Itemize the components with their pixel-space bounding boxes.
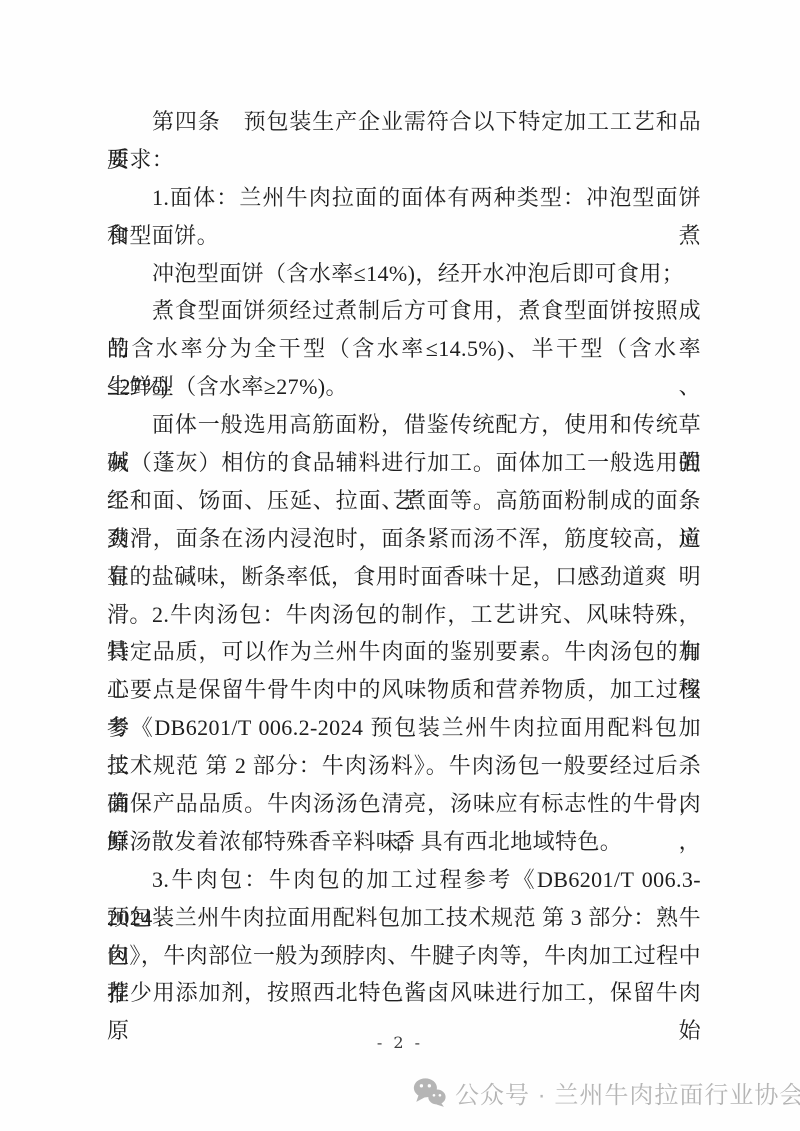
watermark: 公众号 · 兰州牛肉拉面行业协会 <box>413 1074 800 1110</box>
document-line: 碱（蓬灰）相仿的食品辅料进行加工。面体加工一般选用的工艺： <box>107 444 701 482</box>
document-line: 显的盐碱味，断条率低，食用时面香味十足，口感劲道爽滑。 <box>107 558 701 596</box>
document-line: 2.牛肉汤包：牛肉汤包的制作，工艺讲究、风味特殊，具有 <box>107 596 701 634</box>
document-line: 要求： <box>107 141 701 179</box>
document-line: 包》，牛肉部位一般为颈脖肉、牛腱子肉等，牛肉加工过程中推 <box>107 937 701 975</box>
document-line: 1.面体：兰州牛肉拉面的面体有两种类型：冲泡型面饼和煮 <box>107 179 701 217</box>
wechat-icon <box>413 1077 446 1107</box>
document-body: 第四条 预包装生产企业需符合以下特定加工工艺和品质要求：1.面体：兰州牛肉拉面的… <box>107 103 701 1012</box>
page-number: - 2 - <box>0 1033 800 1052</box>
document-line: 心要点是保留牛骨牛肉中的风味物质和营养物质，加工过程参 <box>107 671 701 709</box>
document-line: 考《DB6201/T 006.2-2024 预包装兰州牛肉拉面用配料包加工 <box>107 709 701 747</box>
document-line: 预包装兰州牛肉拉面用配料包加工技术规范 第 3 部分：熟牛肉 <box>107 899 701 937</box>
document-line: 面体一般选用高筋面粉，借鉴传统配方，使用和传统草灰强 <box>107 406 701 444</box>
document-line: 爽滑，面条在汤内浸泡时，面条紧而汤不浑，筋度较高，应有明 <box>107 520 701 558</box>
document-line: 技术规范 第 2 部分：牛肉汤料》。牛肉汤包一般要经过后杀菌， <box>107 747 701 785</box>
document-line: 荐少用添加剂，按照西北特色酱卤风味进行加工，保留牛肉原始 <box>107 974 701 1012</box>
document-line: 特定品质，可以作为兰州牛肉面的鉴别要素。牛肉汤包的加工核 <box>107 633 701 671</box>
document-line: 的含水率分为全干型（含水率≤14.5%)、半干型（含水率≤27%)、 <box>107 330 701 368</box>
document-line: 3.牛肉包：牛肉包的加工过程参考《DB6201/T 006.3-2024 <box>107 861 701 899</box>
document-line: 冲泡型面饼（含水率≤14%)，经开水冲泡后即可食用； <box>107 255 701 293</box>
document-line: 原汤散发着浓郁特殊香辛料味，具有西北地域特色。 <box>107 823 701 861</box>
document-line: 经和面、饧面、压延、拉面、煮面等。高筋面粉制成的面条劲道 <box>107 482 701 520</box>
document-page: 第四条 预包装生产企业需符合以下特定加工工艺和品质要求：1.面体：兰州牛肉拉面的… <box>0 0 800 1131</box>
document-line: 煮食型面饼须经过煮制后方可食用，煮食型面饼按照成品 <box>107 292 701 330</box>
watermark-text: 公众号 · 兰州牛肉拉面行业协会 <box>455 1075 800 1110</box>
document-line: 确保产品品质。牛肉汤汤色清亮，汤味应有标志性的牛骨肉鲜香， <box>107 785 701 823</box>
document-line: 第四条 预包装生产企业需符合以下特定加工工艺和品质 <box>107 103 701 141</box>
